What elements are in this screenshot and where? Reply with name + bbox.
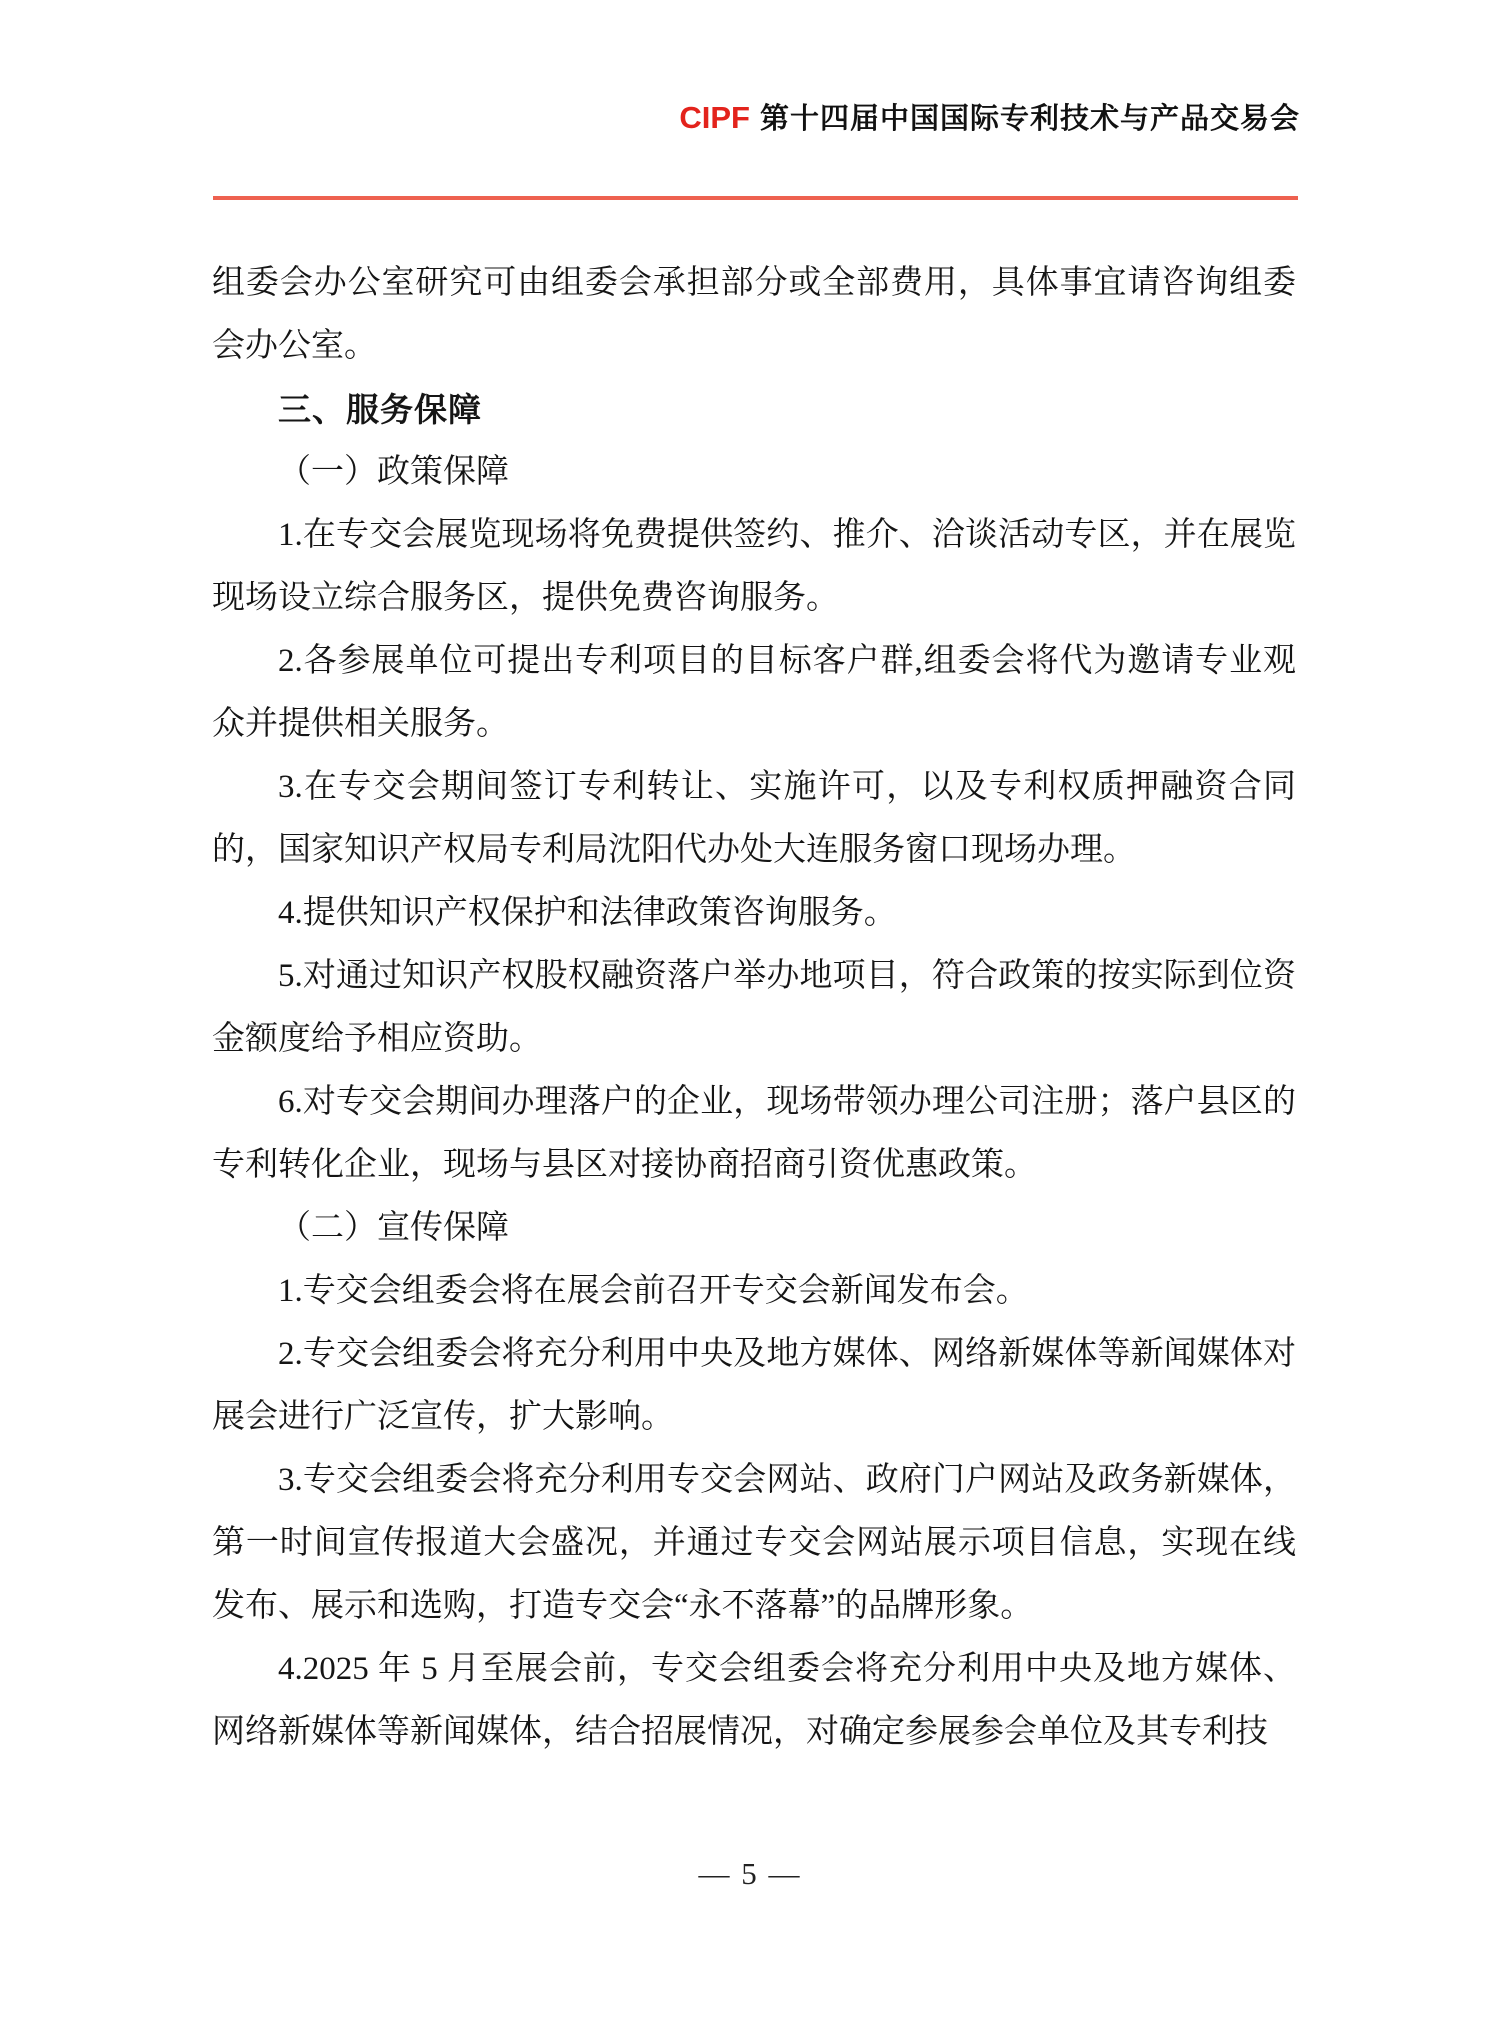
header-title: 第十四届中国国际专利技术与产品交易会 <box>760 103 1300 135</box>
publicity-item-3: 3.专交会组委会将充分利用专交会网站、政府门户网站及政务新媒体，第一时间宣传报道… <box>212 1449 1296 1638</box>
page-header: CIPF第十四届中国国际专利技术与产品交易会 <box>679 100 1300 137</box>
cipf-logo: CIPF <box>679 100 750 135</box>
page-number: — 5 — <box>0 1856 1500 1892</box>
policy-item-3: 3.在专交会期间签订专利转让、实施许可，以及专利权质押融资合同的，国家知识产权局… <box>212 756 1296 882</box>
header-divider-rule <box>213 196 1298 200</box>
subsection-heading-publicity: （二）宣传保障 <box>212 1197 1296 1260</box>
paragraph-continuation: 组委会办公室研究可由组委会承担部分或全部费用，具体事宜请咨询组委会办公室。 <box>212 252 1296 378</box>
policy-item-6: 6.对专交会期间办理落户的企业，现场带领办理公司注册；落户县区的专利转化企业，现… <box>212 1071 1296 1197</box>
policy-item-5: 5.对通过知识产权股权融资落户举办地项目，符合政策的按实际到位资金额度给予相应资… <box>212 945 1296 1071</box>
subsection-heading-policy: （一）政策保障 <box>212 441 1296 504</box>
document-body: 组委会办公室研究可由组委会承担部分或全部费用，具体事宜请咨询组委会办公室。 三、… <box>212 252 1296 1764</box>
section-heading-services: 三、服务保障 <box>212 378 1296 441</box>
publicity-item-1: 1.专交会组委会将在展会前召开专交会新闻发布会。 <box>212 1260 1296 1323</box>
policy-item-1: 1.在专交会展览现场将免费提供签约、推介、洽谈活动专区，并在展览现场设立综合服务… <box>212 504 1296 630</box>
policy-item-4: 4.提供知识产权保护和法律政策咨询服务。 <box>212 882 1296 945</box>
policy-item-2: 2.各参展单位可提出专利项目的目标客户群,组委会将代为邀请专业观众并提供相关服务… <box>212 630 1296 756</box>
document-page: CIPF第十四届中国国际专利技术与产品交易会 组委会办公室研究可由组委会承担部分… <box>0 0 1500 2021</box>
publicity-item-4: 4.2025 年 5 月至展会前，专交会组委会将充分利用中央及地方媒体、网络新媒… <box>212 1638 1296 1764</box>
publicity-item-2: 2.专交会组委会将充分利用中央及地方媒体、网络新媒体等新闻媒体对展会进行广泛宣传… <box>212 1323 1296 1449</box>
